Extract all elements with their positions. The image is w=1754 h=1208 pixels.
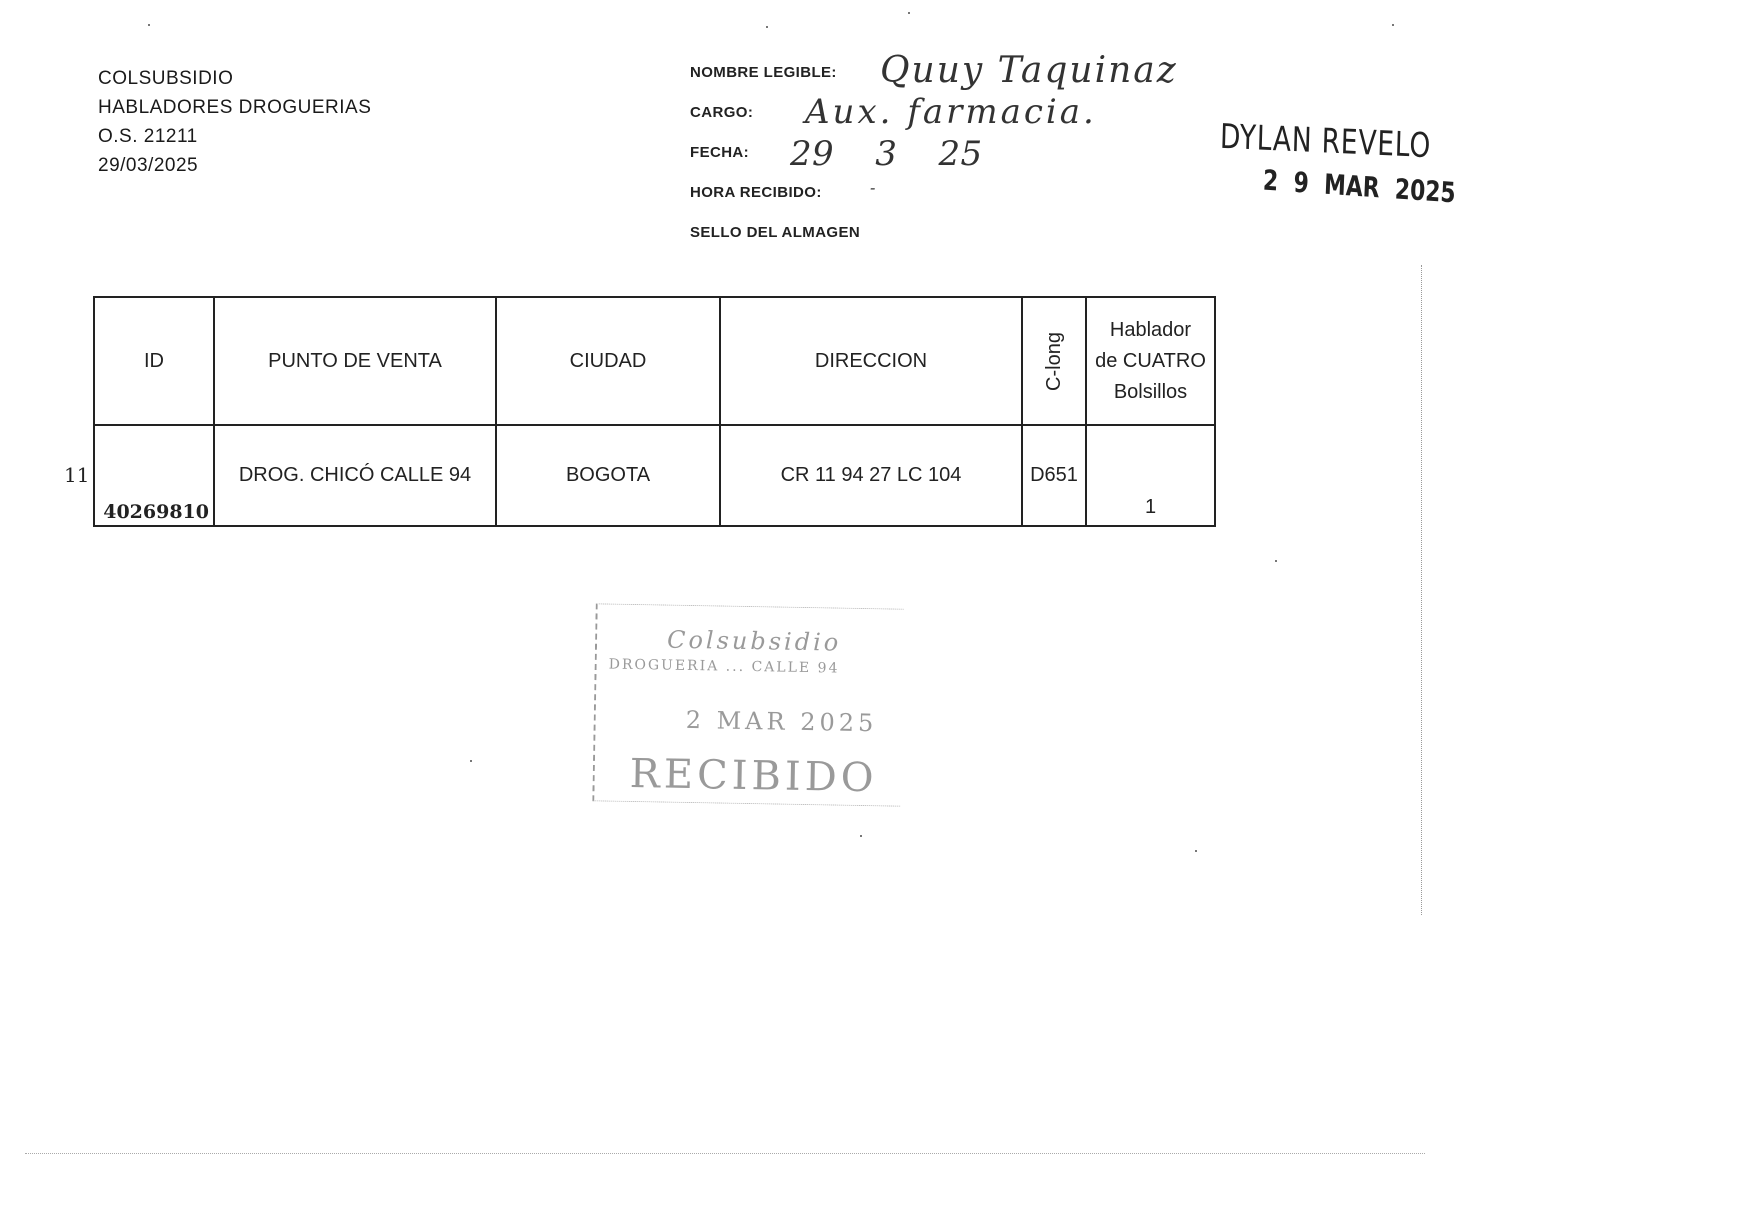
scan-speck bbox=[1275, 560, 1277, 562]
cell-hablador-qty: 1 bbox=[1086, 425, 1215, 526]
received-stamp-store: DROGUERIA ... CALLE 94 bbox=[609, 657, 840, 677]
cell-ciudad: BOGOTA bbox=[496, 425, 720, 526]
cargo-label: CARGO: bbox=[690, 104, 753, 121]
scan-edge-bottom bbox=[25, 1153, 1425, 1154]
cell-direccion: CR 11 94 27 LC 104 bbox=[720, 425, 1022, 526]
sello-label: SELLO DEL ALMAGEN bbox=[690, 224, 860, 241]
scan-speck bbox=[148, 24, 150, 26]
cell-c-long: D651 bbox=[1022, 425, 1086, 526]
hora-label: HORA RECIBIDO: bbox=[690, 184, 822, 201]
name-handwritten-value: Quuy Taquinaz bbox=[880, 50, 1178, 91]
cell-id: 40269810 bbox=[94, 425, 214, 526]
header-direccion: DIRECCION bbox=[720, 297, 1022, 425]
header-hablador: Hablador de CUATRO Bolsillos bbox=[1086, 297, 1215, 425]
signature-stamp: DYLAN REVELO 2 9 MAR 2025 bbox=[1220, 122, 1456, 203]
delivery-table: ID PUNTO DE VENTA CIUDAD DIRECCION C-lon… bbox=[93, 296, 1216, 527]
company-name: COLSUBSIDIO bbox=[98, 64, 371, 93]
scan-speck bbox=[1392, 24, 1394, 26]
scan-speck bbox=[860, 835, 862, 837]
stamp-date: 2 9 MAR 2025 bbox=[1262, 164, 1456, 210]
service-order: O.S. 21211 bbox=[98, 122, 371, 151]
header-c-long-label: C-long bbox=[1042, 332, 1065, 391]
received-stamp: Colsubsidio DROGUERIA ... CALLE 94 2 MAR… bbox=[592, 603, 903, 806]
hora-field: HORA RECIBIDO: - bbox=[690, 184, 822, 202]
scan-speck bbox=[766, 26, 768, 28]
header-hablador-line2: de CUATRO bbox=[1087, 346, 1214, 377]
cell-id-value: 40269810 bbox=[103, 501, 209, 523]
header-ciudad: CIUDAD bbox=[496, 297, 720, 425]
cargo-handwritten-value: Aux. farmacia. bbox=[805, 92, 1097, 132]
name-label: NOMBRE LEGIBLE: bbox=[690, 64, 837, 81]
project-title: HABLADORES DROGUERIAS bbox=[98, 93, 371, 122]
document-header: COLSUBSIDIO HABLADORES DROGUERIAS O.S. 2… bbox=[98, 64, 371, 180]
received-stamp-text: RECIBIDO bbox=[629, 751, 878, 801]
header-hablador-line1: Hablador bbox=[1087, 315, 1214, 346]
cell-hablador-qty-value: 1 bbox=[1087, 492, 1214, 523]
table-header-row: ID PUNTO DE VENTA CIUDAD DIRECCION C-lon… bbox=[94, 297, 1215, 425]
received-stamp-date: 2 MAR 2025 bbox=[685, 706, 877, 737]
hora-value: - bbox=[870, 178, 876, 197]
document-date: 29/03/2025 bbox=[98, 151, 371, 180]
scan-speck bbox=[908, 12, 910, 14]
scan-speck bbox=[470, 760, 472, 762]
header-id: ID bbox=[94, 297, 214, 425]
sello-field: SELLO DEL ALMAGEN bbox=[690, 224, 860, 242]
scan-edge-right bbox=[1421, 265, 1422, 915]
fecha-handwritten-value: 29 3 25 bbox=[790, 134, 983, 174]
row-number: 11 bbox=[64, 463, 89, 487]
received-stamp-brand: Colsubsidio bbox=[667, 626, 842, 657]
stamp-name: DYLAN REVELO bbox=[1220, 117, 1457, 168]
fecha-field: FECHA: 29 3 25 bbox=[690, 144, 749, 162]
header-hablador-line3: Bolsillos bbox=[1087, 377, 1214, 408]
cargo-field: CARGO: Aux. farmacia. bbox=[690, 104, 753, 122]
cell-punto-de-venta: DROG. CHICÓ CALLE 94 bbox=[214, 425, 496, 526]
table-row: 40269810 DROG. CHICÓ CALLE 94 BOGOTA CR … bbox=[94, 425, 1215, 526]
name-field: NOMBRE LEGIBLE: Quuy Taquinaz bbox=[690, 64, 837, 82]
scan-speck bbox=[1195, 850, 1197, 852]
header-punto-de-venta: PUNTO DE VENTA bbox=[214, 297, 496, 425]
header-c-long: C-long bbox=[1022, 297, 1086, 425]
fecha-label: FECHA: bbox=[690, 144, 749, 161]
